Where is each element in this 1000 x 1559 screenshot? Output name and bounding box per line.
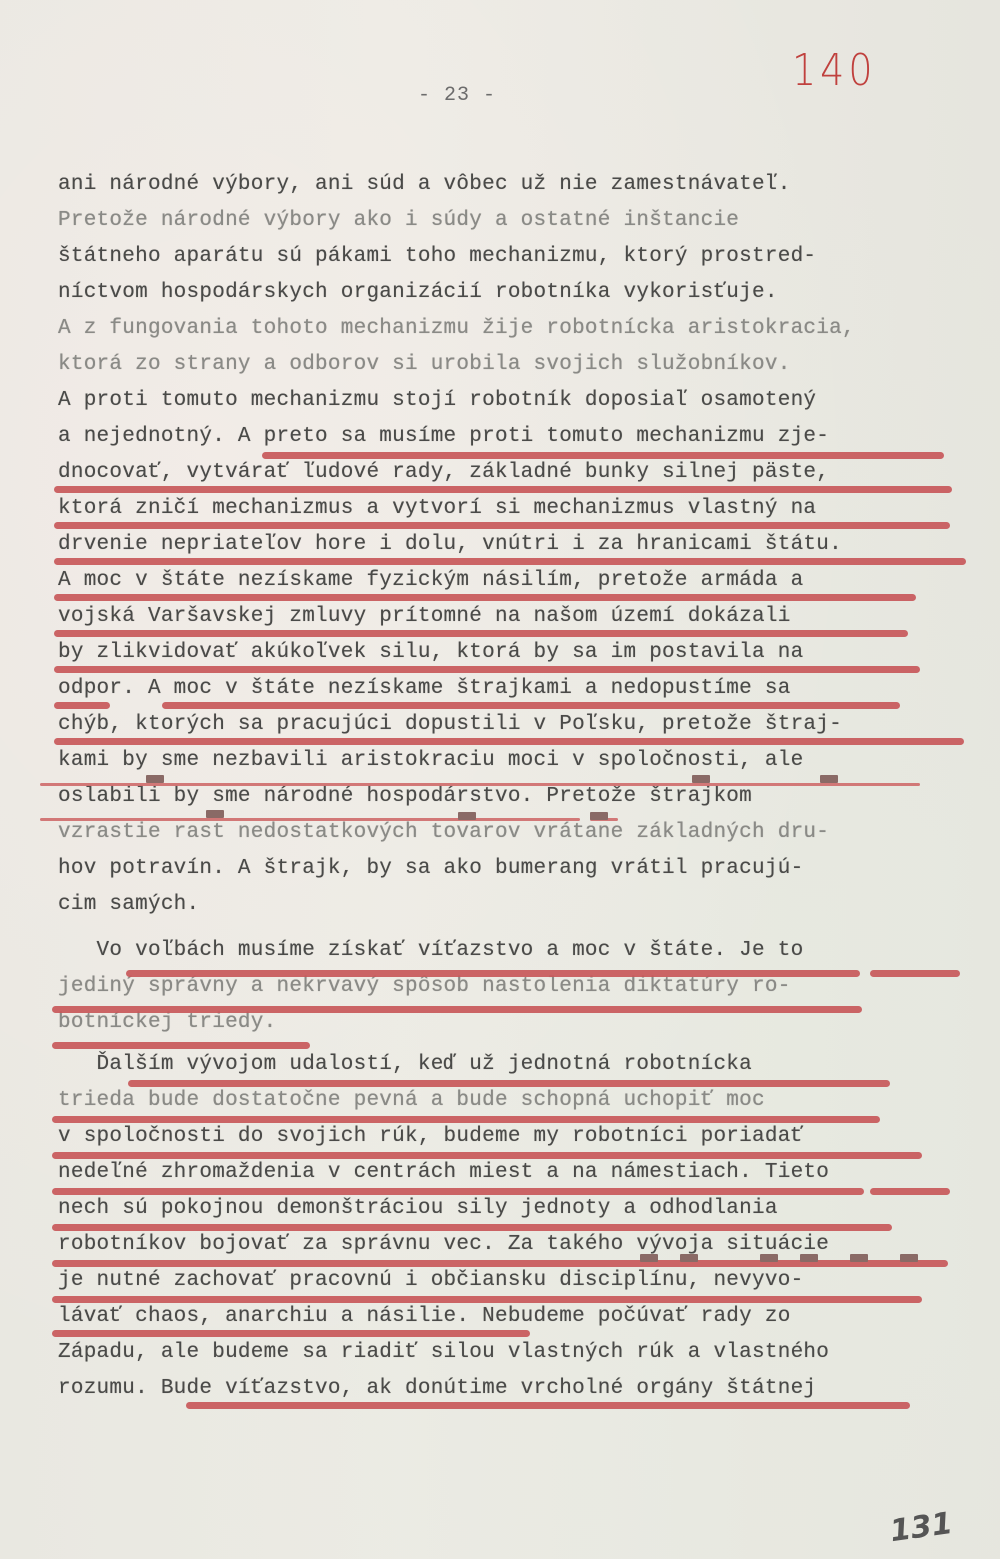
red-underline-annotation — [54, 630, 908, 637]
red-underline-annotation — [126, 970, 860, 977]
text-line: ktorá zničí mechanizmus a vytvorí si mec… — [58, 496, 816, 522]
text-line: ktorá zo strany a odborov si urobila svo… — [58, 352, 791, 378]
correction-mark — [680, 1254, 698, 1262]
text-line: Západu, ale budeme sa riadiť silou vlast… — [58, 1340, 829, 1366]
red-underline-annotation — [870, 970, 960, 977]
red-underline-annotation — [52, 1330, 530, 1337]
text-line: níctvom hospodárskych organizácií robotn… — [58, 280, 778, 306]
text-line: vojská Varšavskej zmluvy prítomné na naš… — [58, 604, 791, 630]
text-line: cim samých. — [58, 892, 199, 918]
text-line: je nutné zachovať pracovnú i občiansku d… — [58, 1268, 803, 1294]
text-line: štátneho aparátu sú pákami toho mechaniz… — [58, 244, 816, 270]
text-line: v spoločnosti do svojich rúk, budeme my … — [58, 1124, 803, 1150]
archive-number-handwritten: 140 — [792, 45, 877, 96]
red-underline-annotation — [52, 1296, 922, 1303]
red-underline-annotation — [54, 486, 952, 493]
text-line: nech sú pokojnou demonštráciou sily jedn… — [58, 1196, 778, 1222]
text-line: a nejednotný. A preto sa musíme proti to… — [58, 424, 829, 450]
red-underline-annotation — [52, 1188, 864, 1195]
text-line: lávať chaos, anarchiu a násilie. Nebudem… — [58, 1304, 791, 1330]
red-underline-annotation — [54, 522, 950, 529]
red-underline-annotation — [40, 783, 920, 786]
text-line: Vo voľbách musíme získať víťazstvo a moc… — [58, 938, 803, 964]
correction-mark — [760, 1254, 778, 1262]
text-line: vzrastie rast nedostatkových tovarov vrá… — [58, 820, 829, 846]
text-line: robotníkov bojovať za správnu vec. Za ta… — [58, 1232, 829, 1258]
correction-mark — [850, 1254, 868, 1262]
text-line: odpor. A moc v štáte nezískame štrajkami… — [58, 676, 791, 702]
text-line: by zlikvidovať akúkoľvek silu, ktorá by … — [58, 640, 803, 666]
text-line: nedeľné zhromaždenia v centrách miest a … — [58, 1160, 829, 1186]
text-line: trieda bude dostatočne pevná a bude scho… — [58, 1088, 765, 1114]
correction-mark — [900, 1254, 918, 1262]
text-line: hov potravín. A štrajk, by sa ako bumera… — [58, 856, 803, 882]
red-underline-annotation — [52, 1152, 922, 1159]
text-line: rozumu. Bude víťazstvo, ak donútime vrch… — [58, 1376, 816, 1402]
text-line: kami by sme nezbavili aristokraciu moci … — [58, 748, 803, 774]
correction-mark — [458, 812, 476, 820]
red-underline-annotation — [262, 452, 944, 459]
text-line: ani národné výbory, ani súd a vôbec už n… — [58, 172, 791, 198]
red-underline-annotation — [54, 666, 920, 673]
page-number: - 23 - — [418, 84, 496, 107]
text-line: botníckej triedy. — [58, 1010, 277, 1036]
text-line: A proti tomuto mechanizmu stojí robotník… — [58, 388, 816, 414]
text-line: jediný správny a nekrvavý spôsob nastole… — [58, 974, 791, 1000]
red-underline-annotation — [52, 1116, 880, 1123]
red-underline-annotation — [52, 1006, 862, 1013]
correction-mark — [206, 810, 224, 818]
correction-mark — [692, 775, 710, 783]
text-line: A moc v štáte nezískame fyzickým násilím… — [58, 568, 803, 594]
red-underline-annotation — [54, 558, 966, 565]
correction-mark — [640, 1254, 658, 1262]
correction-mark — [590, 812, 608, 820]
correction-mark — [820, 775, 838, 783]
red-underline-annotation — [162, 702, 900, 709]
correction-mark — [146, 775, 164, 783]
text-line: Pretože národné výbory ako i súdy a osta… — [58, 208, 739, 234]
text-line: Ďalším vývojom udalostí, keď už jednotná… — [58, 1052, 752, 1078]
red-underline-annotation — [128, 1080, 890, 1087]
text-line: chýb, ktorých sa pracujúci dopustili v P… — [58, 712, 842, 738]
red-underline-annotation — [54, 738, 964, 745]
red-underline-annotation — [870, 1188, 950, 1195]
text-line: drvenie nepriateľov hore i dolu, vnútri … — [58, 532, 842, 558]
correction-mark — [800, 1254, 818, 1262]
red-underline-annotation — [52, 1224, 892, 1231]
red-underline-annotation — [40, 818, 580, 821]
red-underline-annotation — [186, 1402, 910, 1409]
red-underline-annotation — [54, 594, 916, 601]
text-line: oslabili by sme národné hospodárstvo. Pr… — [58, 784, 752, 810]
red-underline-annotation — [52, 1042, 310, 1049]
text-line: A z fungovania tohoto mechanizmu žije ro… — [58, 316, 855, 342]
text-line: dnocovať, vytvárať ľudové rady, základné… — [58, 460, 829, 486]
red-underline-annotation — [54, 702, 110, 709]
